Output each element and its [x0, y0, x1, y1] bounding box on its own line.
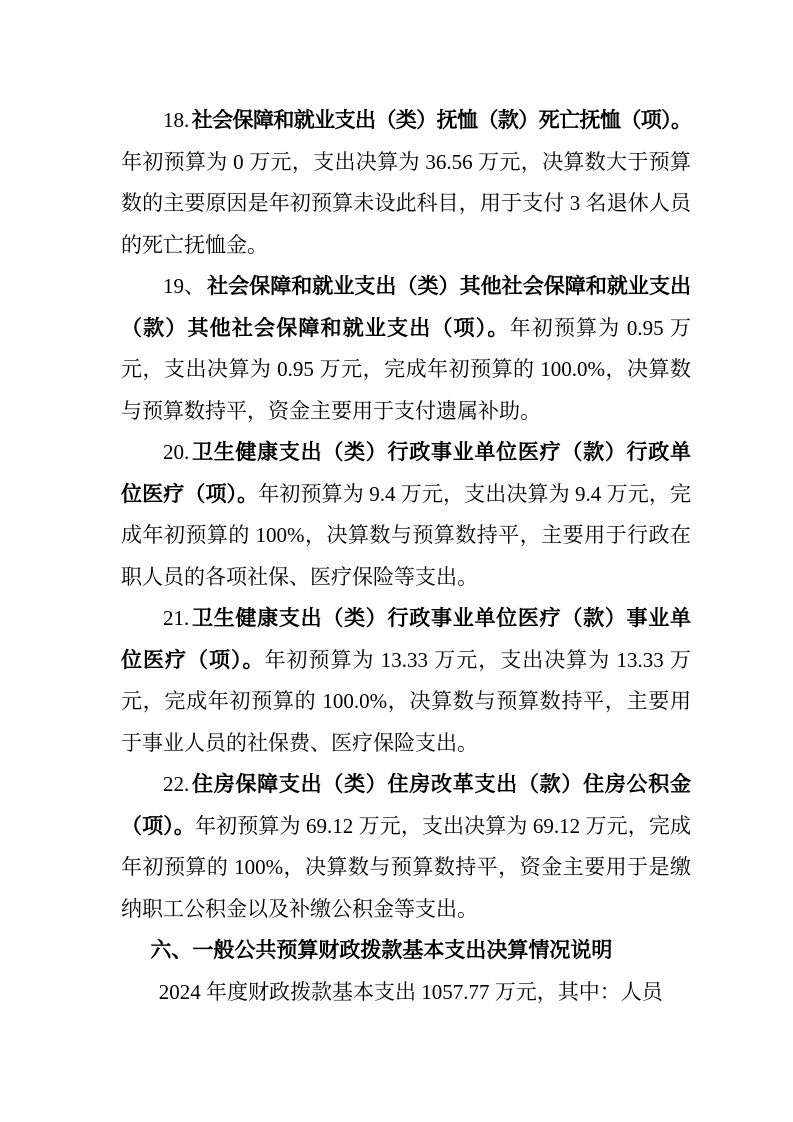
paragraph-item-21: 21.卫生健康支出（类）行政事业单位医疗（款）事业单位医疗（项）。年初预算为 1…: [121, 598, 691, 764]
paragraph-item-19: 19、社会保障和就业支出（类）其他社会保障和就业支出（款）其他社会保障和就业支出…: [121, 266, 691, 432]
document-page: 18.社会保障和就业支出（类）抚恤（款）死亡抚恤（项）。年初预算为 0 万元，支…: [0, 0, 793, 1122]
paragraph-item-20: 20.卫生健康支出（类）行政事业单位医疗（款）行政单位医疗（项）。年初预算为 9…: [121, 432, 691, 598]
paragraph-body: 年初预算为 69.12 万元，支出决算为 69.12 万元，完成年初预算的 10…: [121, 814, 691, 921]
section-heading-six: 六、一般公共预算财政拨款基本支出决算情况说明: [121, 930, 691, 972]
paragraph-number: 18.: [163, 108, 189, 132]
document-content: 18.社会保障和就业支出（类）抚恤（款）死亡抚恤（项）。年初预算为 0 万元，支…: [121, 100, 691, 1013]
paragraph-number: 19、: [163, 274, 205, 298]
paragraph-number: 20.: [163, 440, 189, 464]
paragraph-body: 年初预算为 0 万元，支出决算为 36.56 万元，决算数大于预算数的主要原因是…: [121, 150, 691, 257]
paragraph-lead: 社会保障和就业支出（类）抚恤（款）死亡抚恤（项）。: [191, 108, 691, 132]
paragraph-item-18: 18.社会保障和就业支出（类）抚恤（款）死亡抚恤（项）。年初预算为 0 万元，支…: [121, 100, 691, 266]
closing-text: 2024 年度财政拨款基本支出 1057.77 万元，其中：人员: [159, 980, 663, 1004]
paragraph-item-22: 22.住房保障支出（类）住房改革支出（款）住房公积金（项）。年初预算为 69.1…: [121, 764, 691, 930]
paragraph-number: 22.: [163, 772, 189, 796]
paragraph-number: 21.: [163, 606, 189, 630]
closing-paragraph: 2024 年度财政拨款基本支出 1057.77 万元，其中：人员: [121, 972, 691, 1014]
